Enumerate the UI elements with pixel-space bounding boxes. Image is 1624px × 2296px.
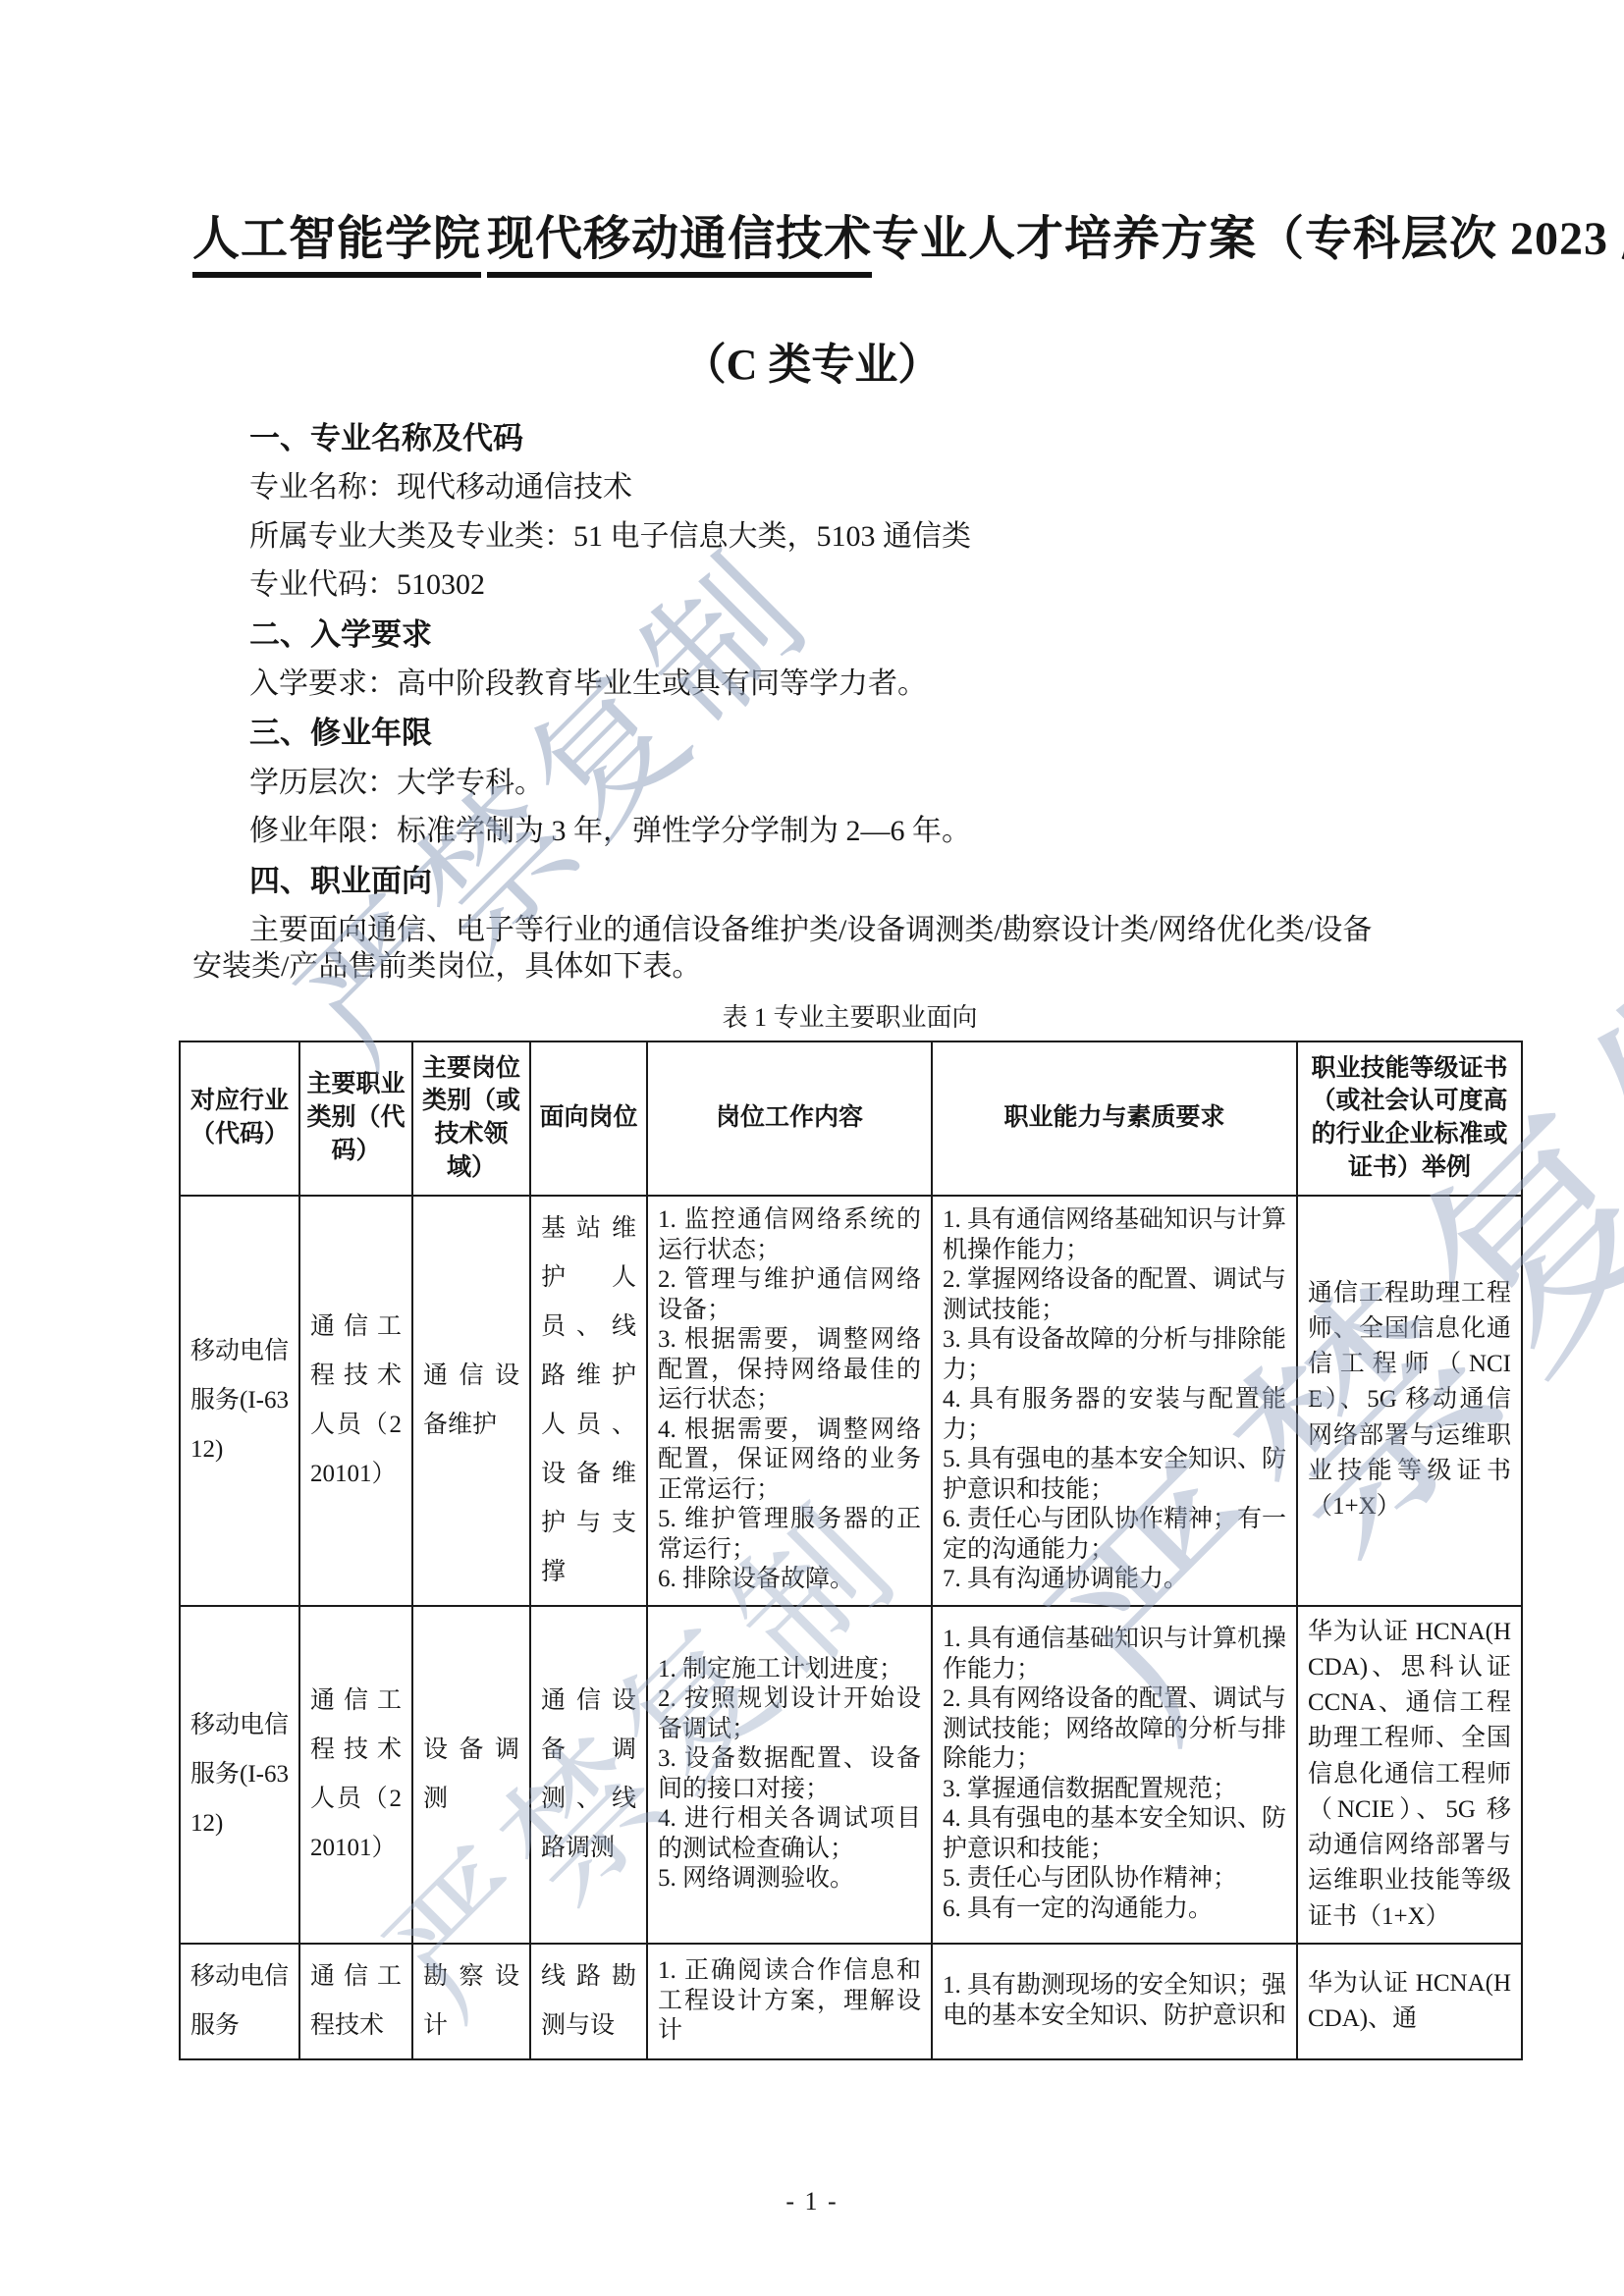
header-occupation-category: 主要职业类别（代码） (299, 1041, 412, 1196)
cell-occupation-category: 通信工程技术人员（220101） (299, 1196, 412, 1606)
cell-industry: 移动电信服务(I-6312) (180, 1606, 299, 1944)
cell-post-category: 通信设备维护 (412, 1196, 530, 1606)
header-ability-requirements: 职业能力与素质要求 (932, 1041, 1297, 1196)
cell-target-posts: 通信设备调测、线路调测 (530, 1606, 647, 1944)
cell-certificates: 华为认证 HCNA(HCDA)、通 (1297, 1944, 1522, 2059)
cell-ability-requirements: 1. 具有通信基础知识与计算机操作能力； 2. 具有网络设备的配置、调试与测试技… (932, 1606, 1297, 1944)
title-rest: 专业人才培养方案（专科层次 2023 版） (872, 213, 1624, 265)
section-admission-requirements: 二、入学要求 入学要求：高中阶段教育毕业生或具有同等学力者。 (192, 616, 1432, 703)
sections: 一、专业名称及代码 专业名称：现代移动通信技术 所属专业大类及专业类：51 电子… (192, 420, 1432, 986)
document-page: 严禁复制 严禁复制 严禁复制 人工智能学院现代移动通信技术专业人才培养方案（专科… (0, 0, 1624, 2296)
section-study-duration: 三、修业年限 学历层次：大学专科。 修业年限：标准学制为 3 年，弹性学分学制为… (192, 715, 1432, 849)
section-major-name-and-code: 一、专业名称及代码 专业名称：现代移动通信技术 所属专业大类及专业类：51 电子… (192, 420, 1432, 604)
cell-post-category: 勘察设计 (412, 1944, 530, 2059)
paragraph-career-intro: 主要面向通信、电子等行业的通信设备维护类/设备调测类/勘察设计类/网络优化类/设… (192, 912, 1432, 986)
cell-job-content: 1. 制定施工计划进度； 2. 按照规划设计开始设备调试； 3. 设备数据配置、… (647, 1606, 932, 1944)
section-heading: 一、专业名称及代码 (192, 420, 1432, 456)
document-body: 人工智能学院现代移动通信技术专业人才培养方案（专科层次 2023 版） （C 类… (192, 0, 1432, 2060)
cell-certificates: 华为认证 HCNA(HCDA)、思科认证 CCNA、通信工程助理工程师、全国信息… (1297, 1606, 1522, 1944)
paragraph-major-name: 专业名称：现代移动通信技术 (192, 469, 1432, 507)
cell-ability-requirements: 1. 具有通信网络基础知识与计算机操作能力； 2. 掌握网络设备的配置、调试与测… (932, 1196, 1297, 1606)
cell-occupation-category: 通信工程技术人员（220101） (299, 1606, 412, 1944)
section-heading: 二、入学要求 (192, 616, 1432, 653)
cell-industry: 移动电信服务(I-6312) (180, 1196, 299, 1606)
cell-certificates: 通信工程助理工程师、全国信息化通信工程师（NCIE）、5G 移动通信网络部署与运… (1297, 1196, 1522, 1606)
career-orientation-table: 对应行业（代码） 主要职业类别（代码） 主要岗位类别（或技术领域） 面向岗位 岗… (179, 1041, 1523, 2060)
section-heading: 三、修业年限 (192, 715, 1432, 751)
table-caption: 表 1 专业主要职业面向 (179, 1001, 1521, 1035)
cell-target-posts: 线路勘测与设 (530, 1944, 647, 2059)
paragraph-major-code: 专业代码：510302 (192, 566, 1432, 604)
table-row-clipped: 移动电信服务 通信工程技术 勘察设计 线路勘测与设 1. 正确阅读合作信息和工程… (180, 1944, 1522, 2059)
header-post-category: 主要岗位类别（或技术领域） (412, 1041, 530, 1196)
paragraph-duration: 修业年限：标准学制为 3 年，弹性学分学制为 2—6 年。 (192, 813, 1432, 850)
cell-industry: 移动电信服务 (180, 1944, 299, 2059)
table-row: 移动电信服务(I-6312) 通信工程技术人员（220101） 通信设备维护 基… (180, 1196, 1522, 1606)
cell-post-category: 设备调测 (412, 1606, 530, 1944)
document-subtitle: （C 类专业） (192, 337, 1432, 393)
table-header-row: 对应行业（代码） 主要职业类别（代码） 主要岗位类别（或技术领域） 面向岗位 岗… (180, 1041, 1522, 1196)
cell-job-content: 1. 监控通信网络系统的运行状态； 2. 管理与维护通信网络设备； 3. 根据需… (647, 1196, 932, 1606)
section-heading: 四、职业面向 (192, 863, 1432, 899)
cell-occupation-category: 通信工程技术 (299, 1944, 412, 2059)
header-industry: 对应行业（代码） (180, 1041, 299, 1196)
paragraph-admission: 入学要求：高中阶段教育毕业生或具有同等学力者。 (192, 666, 1432, 703)
header-certificates: 职业技能等级证书（或社会认可度高的行业企业标准或证书）举例 (1297, 1041, 1522, 1196)
title-college-name: 人工智能学院 (192, 213, 481, 278)
paragraph-education-level: 学历层次：大学专科。 (192, 765, 1432, 802)
paragraph-major-category: 所属专业大类及专业类：51 电子信息大类，5103 通信类 (192, 518, 1432, 556)
cell-target-posts: 基站维护人员、线路维护人员、设备维护与支撑 (530, 1196, 647, 1606)
document-title: 人工智能学院现代移动通信技术专业人才培养方案（专科层次 2023 版） (192, 208, 1432, 272)
title-major-name: 现代移动通信技术 (487, 213, 872, 278)
cell-job-content: 1. 正确阅读合作信息和工程设计方案，理解设计 (647, 1944, 932, 2059)
page-number: - 1 - (0, 2187, 1624, 2216)
header-job-content: 岗位工作内容 (647, 1041, 932, 1196)
header-target-posts: 面向岗位 (530, 1041, 647, 1196)
cell-ability-requirements: 1. 具有勘测现场的安全知识；强电的基本安全知识、防护意识和 (932, 1944, 1297, 2059)
table-row: 移动电信服务(I-6312) 通信工程技术人员（220101） 设备调测 通信设… (180, 1606, 1522, 1944)
section-career-orientation: 四、职业面向 主要面向通信、电子等行业的通信设备维护类/设备调测类/勘察设计类/… (192, 863, 1432, 986)
